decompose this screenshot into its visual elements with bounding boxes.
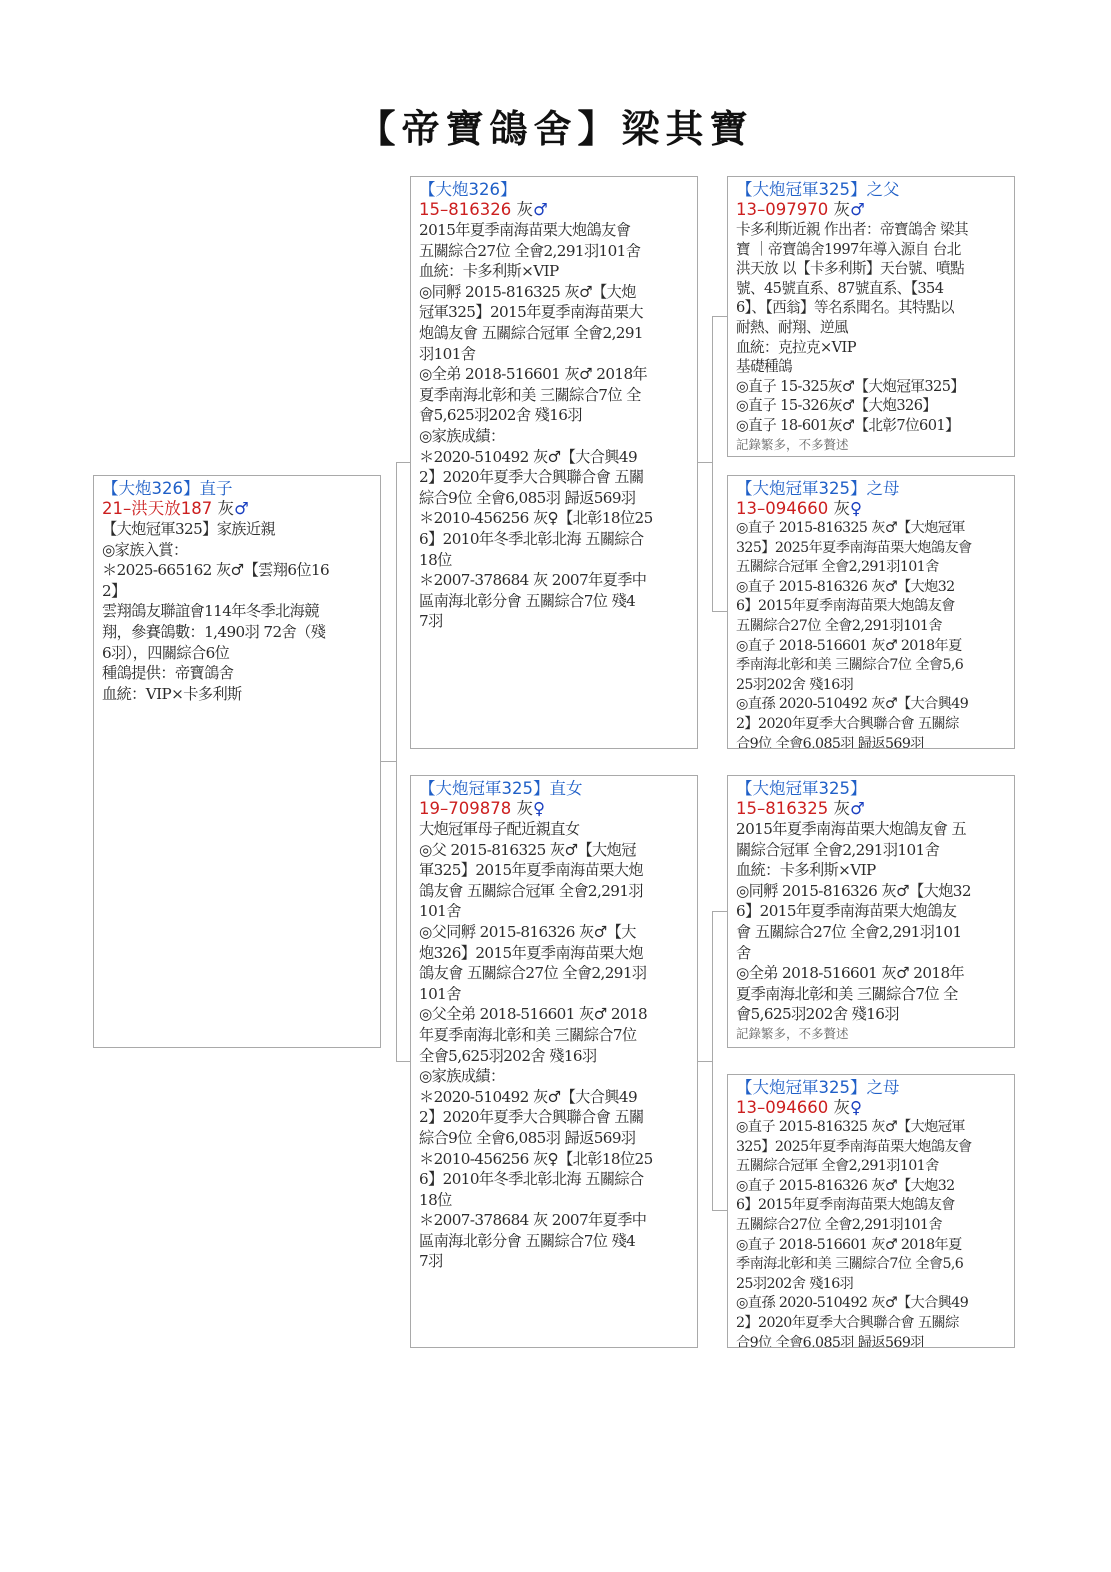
description-line: 基礎種鴿: [736, 357, 1006, 377]
description-line: 區南海北彰分會 五關綜合7位 殘4: [419, 591, 689, 612]
description-line: 25羽202舍 殘16羽: [736, 1275, 1006, 1295]
records-note: 記錄繁多，不多贅述: [736, 1026, 1006, 1042]
pedigree-card-subject: 【大炮326】直子 21–洪天放187 灰♂ 【大炮冠軍325】家族近親 ◎家族…: [93, 475, 381, 1048]
description-line: ◎直子 15-325灰♂【大炮冠軍325】: [736, 377, 1006, 397]
ring-number: 15–816325: [736, 799, 828, 818]
description-line: ＊2010-456256 灰♀【北彰18位25: [419, 508, 689, 529]
connector-dam-out: [697, 1061, 712, 1062]
description-line: 會5,625羽202舍 殘16羽: [736, 1004, 1006, 1025]
connector-to-dam-sire: [712, 911, 727, 912]
description-line: 【大炮冠軍325】家族近親: [102, 519, 372, 540]
description-line: 2】2020年夏季大合興聯合會 五關綜: [736, 1314, 1006, 1334]
description-line: ◎同孵 2015-816325 灰♂【大炮: [419, 282, 689, 303]
description-line: ◎家族入賞：: [102, 540, 372, 561]
description-line: 鴿友會 五關綜合27位 全會2,291羽: [419, 963, 689, 984]
ring-number: 21–洪天放187: [102, 499, 212, 518]
description-line: ◎家族成績：: [419, 1066, 689, 1087]
description-line: 羽101舍: [419, 344, 689, 365]
male-sex-icon: ♂: [850, 799, 865, 818]
description-line: 18位: [419, 1190, 689, 1211]
description-line: ＊2010-456256 灰♀【北彰18位25: [419, 1149, 689, 1170]
female-sex-icon: ♀: [850, 1098, 862, 1117]
description-line: 18位: [419, 550, 689, 571]
description-line: ＊2007-378684 灰 2007年夏季中: [419, 570, 689, 591]
description-line: 區南海北彰分會 五關綜合7位 殘4: [419, 1231, 689, 1252]
description-line: 大炮冠軍母子配近親直女: [419, 819, 689, 840]
description-line: 101舍: [419, 901, 689, 922]
bird-name: 【大炮326】直子: [102, 479, 372, 499]
description-line: ◎家族成績：: [419, 426, 689, 447]
description-line: 會5,625羽202舍 殘16羽: [419, 405, 689, 426]
description-line: 寶 ｜帝寶鴿舍1997年導入源自 台北: [736, 240, 1006, 260]
page-title: 【帝寶鴿舍】梁其寶: [0, 98, 1111, 153]
feather-color: 灰: [516, 799, 533, 818]
description-line: 舍: [736, 943, 1006, 964]
description-line: 2】: [102, 581, 372, 602]
description-line: 合9位 全會6,085羽 歸返569羽: [736, 1334, 1006, 1348]
description-line: 軍325】2015年夏季南海苗栗大炮: [419, 860, 689, 881]
description-line: 2】2020年夏季大合興聯合會 五關綜: [736, 715, 1006, 735]
description-line: 7羽: [419, 611, 689, 632]
description-line: 325】2025年夏季南海苗栗大炮鴿友會: [736, 539, 1006, 559]
description-line: ＊2020-510492 灰♂【大合興49: [419, 447, 689, 468]
ring-number: 13–097970: [736, 200, 828, 219]
description-line: 6】2015年夏季南海苗栗大炮鴿友會: [736, 1196, 1006, 1216]
description-line: 五關綜合27位 全會2,291羽101舍: [419, 241, 689, 262]
description-line: 合9位 全會6,085羽 歸返569羽: [736, 735, 1006, 749]
description-line: ◎父同孵 2015-816326 灰♂【大: [419, 922, 689, 943]
connector-gen2a-vertical: [712, 316, 713, 612]
ring-row: 13–094660 灰♀: [736, 1098, 1006, 1118]
description-line: 五關綜合冠軍 全會2,291羽101舍: [736, 1157, 1006, 1177]
connector-to-sire-sire: [712, 316, 727, 317]
description-line: 6羽），四關綜合6位: [102, 643, 372, 664]
ring-number: 19–709878: [419, 799, 511, 818]
connector-gen2b-vertical: [712, 911, 713, 1211]
description-line: 號、45號直系、87號直系、【354: [736, 279, 1006, 299]
description-line: 6】2015年夏季南海苗栗大炮鴿友會: [736, 597, 1006, 617]
description-line: 關綜合冠軍 全會2,291羽101舍: [736, 840, 1006, 861]
description-line: ◎全弟 2018-516601 灰♂ 2018年: [736, 963, 1006, 984]
pedigree-card-dam-sire: 【大炮冠軍325】 15–816325 灰♂ 2015年夏季南海苗栗大炮鴿友會 …: [727, 775, 1015, 1048]
description-line: 全會5,625羽202舍 殘16羽: [419, 1046, 689, 1067]
description-line: 卡多利斯近親 作出者：帝寶鴿舍 梁其: [736, 220, 1006, 240]
ring-row: 21–洪天放187 灰♂: [102, 499, 372, 519]
connector-to-sire: [396, 462, 410, 463]
ring-row: 13–097970 灰♂: [736, 200, 1006, 220]
description-line: 2015年夏季南海苗栗大炮鴿友會 五: [736, 819, 1006, 840]
female-sex-icon: ♀: [533, 799, 545, 818]
description-line: 五關綜合27位 全會2,291羽101舍: [736, 1216, 1006, 1236]
bird-name: 【大炮冠軍325】直女: [419, 779, 689, 799]
ring-row: 13–094660 灰♀: [736, 499, 1006, 519]
description-line: 6】2010年冬季北彰北海 五關綜合: [419, 1169, 689, 1190]
records-note: 記錄繁多，不多贅述: [736, 437, 1006, 453]
bird-name: 【大炮326】: [419, 180, 689, 200]
connector-subject-out: [381, 761, 396, 762]
description-line: 年夏季南海北彰和美 三關綜合7位: [419, 1025, 689, 1046]
description-line: ◎直子 2015-816326 灰♂【大炮32: [736, 1177, 1006, 1197]
description-line: ◎父全弟 2018-516601 灰♂ 2018: [419, 1004, 689, 1025]
ring-row: 15–816326 灰♂: [419, 200, 689, 220]
description-line: ＊2025-665162 灰♂【雲翔6位16: [102, 560, 372, 581]
description-line: ◎直子 2015-816325 灰♂【大炮冠軍: [736, 519, 1006, 539]
feather-color: 灰: [833, 799, 850, 818]
feather-color: 灰: [833, 499, 850, 518]
description-line: ◎直子 15-326灰♂【大炮326】: [736, 396, 1006, 416]
description-line: 綜合9位 全會6,085羽 歸返569羽: [419, 488, 689, 509]
connector-to-dam-dam: [712, 1210, 727, 1211]
pedigree-card-dam-dam: 【大炮冠軍325】之母 13–094660 灰♀ ◎直子 2015-816325…: [727, 1074, 1015, 1348]
description-line: ◎全弟 2018-516601 灰♂ 2018年: [419, 364, 689, 385]
description-line: 325】2025年夏季南海苗栗大炮鴿友會: [736, 1138, 1006, 1158]
ring-row: 15–816325 灰♂: [736, 799, 1006, 819]
male-sex-icon: ♂: [850, 200, 865, 219]
male-sex-icon: ♂: [533, 200, 548, 219]
description-line: 2】2020年夏季大合興聯合會 五關: [419, 467, 689, 488]
description-line: ◎直孫 2020-510492 灰♂【大合興49: [736, 1294, 1006, 1314]
description-line: 6】2015年夏季南海苗栗大炮鴿友: [736, 901, 1006, 922]
bird-name: 【大炮冠軍325】之父: [736, 180, 1006, 200]
description-line: 炮鴿友會 五關綜合冠軍 全會2,291: [419, 323, 689, 344]
description-line: 洪天放 以【卡多利斯】天台號、噴點: [736, 259, 1006, 279]
description-line: 炮326】2015年夏季南海苗栗大炮: [419, 943, 689, 964]
description-line: 五關綜合冠軍 全會2,291羽101舍: [736, 558, 1006, 578]
feather-color: 灰: [833, 1098, 850, 1117]
description-line: ◎直子 2015-816326 灰♂【大炮32: [736, 578, 1006, 598]
description-line: 五關綜合27位 全會2,291羽101舍: [736, 617, 1006, 637]
description-line: 血統：VIP×卡多利斯: [102, 684, 372, 705]
connector-gen1-vertical: [396, 462, 397, 1061]
feather-color: 灰: [516, 200, 533, 219]
connector-sire-out: [697, 462, 712, 463]
description-line: 耐熱、耐翔、逆風: [736, 318, 1006, 338]
description-line: 鴿友會 五關綜合冠軍 全會2,291羽: [419, 881, 689, 902]
pedigree-card-sire: 【大炮326】 15–816326 灰♂ 2015年夏季南海苗栗大炮鴿友會 五關…: [410, 176, 698, 749]
feather-color: 灰: [218, 499, 235, 518]
description-line: 2】2020年夏季大合興聯合會 五關: [419, 1107, 689, 1128]
ring-number: 13–094660: [736, 1098, 828, 1117]
description-line: ◎父 2015-816325 灰♂【大炮冠: [419, 840, 689, 861]
description-line: ◎直孫 2020-510492 灰♂【大合興49: [736, 695, 1006, 715]
description-line: 6】2010年冬季北彰北海 五關綜合: [419, 529, 689, 550]
description-line: 血統：卡多利斯×VIP: [419, 261, 689, 282]
description-line: 血統：克拉克×VIP: [736, 338, 1006, 358]
description-line: 6】、【西翁】等名系聞名。其特點以: [736, 298, 1006, 318]
pedigree-card-dam: 【大炮冠軍325】直女 19–709878 灰♀ 大炮冠軍母子配近親直女 ◎父 …: [410, 775, 698, 1348]
description-line: 2015年夏季南海苗栗大炮鴿友會: [419, 220, 689, 241]
description-line: 血統：卡多利斯×VIP: [736, 860, 1006, 881]
description-line: 種鴿提供：帝寶鴿舍: [102, 663, 372, 684]
connector-to-sire-dam: [712, 611, 727, 612]
description-line: 冠軍325】2015年夏季南海苗栗大: [419, 302, 689, 323]
description-line: 季南海北彰和美 三關綜合7位 全會5,6: [736, 1255, 1006, 1275]
connector-to-dam: [396, 1061, 410, 1062]
description-line: ◎直子 2018-516601 灰♂ 2018年夏: [736, 1236, 1006, 1256]
feather-color: 灰: [833, 200, 850, 219]
description-line: 101舍: [419, 984, 689, 1005]
description-line: 夏季南海北彰和美 三關綜合7位 全: [419, 385, 689, 406]
ring-number: 13–094660: [736, 499, 828, 518]
description-line: 25羽202舍 殘16羽: [736, 676, 1006, 696]
female-sex-icon: ♀: [850, 499, 862, 518]
description-line: 會 五關綜合27位 全會2,291羽101: [736, 922, 1006, 943]
pedigree-card-sire-sire: 【大炮冠軍325】之父 13–097970 灰♂ 卡多利斯近親 作出者：帝寶鴿舍…: [727, 176, 1015, 457]
description-line: ＊2007-378684 灰 2007年夏季中: [419, 1210, 689, 1231]
description-line: ＊2020-510492 灰♂【大合興49: [419, 1087, 689, 1108]
bird-name: 【大炮冠軍325】之母: [736, 1078, 1006, 1098]
ring-row: 19–709878 灰♀: [419, 799, 689, 819]
description-line: 雲翔鴿友聯誼會114年冬季北海競: [102, 601, 372, 622]
description-line: 夏季南海北彰和美 三關綜合7位 全: [736, 984, 1006, 1005]
description-line: ◎直子 2015-816325 灰♂【大炮冠軍: [736, 1118, 1006, 1138]
pedigree-card-sire-dam: 【大炮冠軍325】之母 13–094660 灰♀ ◎直子 2015-816325…: [727, 475, 1015, 749]
bird-name: 【大炮冠軍325】之母: [736, 479, 1006, 499]
description-line: ◎同孵 2015-816326 灰♂【大炮32: [736, 881, 1006, 902]
description-line: 綜合9位 全會6,085羽 歸返569羽: [419, 1128, 689, 1149]
male-sex-icon: ♂: [234, 499, 249, 518]
description-line: ◎直子 18-601灰♂【北彰7位601】: [736, 416, 1006, 436]
description-line: 翔，參賽鴿數：1,490羽 72舍（殘: [102, 622, 372, 643]
bird-name: 【大炮冠軍325】: [736, 779, 1006, 799]
description-line: ◎直子 2018-516601 灰♂ 2018年夏: [736, 637, 1006, 657]
description-line: 7羽: [419, 1251, 689, 1272]
description-line: 季南海北彰和美 三關綜合7位 全會5,6: [736, 656, 1006, 676]
ring-number: 15–816326: [419, 200, 511, 219]
